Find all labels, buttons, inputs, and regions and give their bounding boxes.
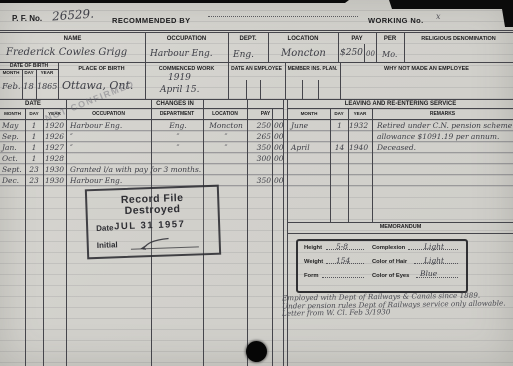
grid-line (288, 233, 513, 234)
svc-month: Dec. (2, 176, 24, 185)
memo-title: MEMORANDUM (288, 224, 513, 230)
destroyed-date-label: Date (96, 223, 114, 233)
svc-day: 23 (25, 165, 43, 174)
col-occupation: OCCUPATION (145, 36, 228, 42)
grid-line (260, 80, 261, 99)
col-svc-pay: PAY (247, 111, 284, 117)
recommended-by-line (208, 16, 358, 17)
leaving-row: April 14 1940 Deceased. (0, 143, 513, 154)
grid-line (318, 80, 319, 99)
note-line-3: Letter from W. Cl. Feb 3/1930 (282, 307, 391, 318)
col-lv-day: DAY (330, 111, 348, 116)
grid-line (0, 62, 513, 63)
recommended-by-label: RECOMMENDED BY (112, 16, 191, 25)
grid-line (0, 119, 513, 120)
commenced-year: 1919 (168, 73, 191, 83)
grid-line (0, 32, 513, 33)
col-lv-remarks: REMARKS (372, 111, 513, 117)
employee-name: Frederick Cowles Grigg (6, 47, 127, 58)
grid-line (364, 44, 365, 62)
destroyed-date-value: JUL 31 1957 (114, 219, 186, 232)
birth-month: Feb. (2, 82, 21, 92)
svc-occupation: Harbour Eng. (70, 176, 122, 185)
svc-year: 1928 (43, 154, 66, 163)
col-birth-month: MONTH (0, 70, 22, 75)
svc-month: Oct. (2, 154, 24, 163)
lv-year: 1932 (349, 121, 372, 130)
dotted-line (322, 277, 364, 278)
lv-day: 14 (331, 143, 348, 152)
col-birth-day: DAY (22, 70, 36, 75)
lv-year: 1940 (349, 143, 372, 152)
svc-occupation: Granted l/a with pay for 3 months. (70, 165, 201, 174)
hair-label: Color of Hair (372, 259, 407, 265)
employee-per: Mo. (382, 50, 397, 59)
employee-dept: Eng. (233, 50, 254, 60)
svc-year: 1930 (43, 176, 66, 185)
leaving-row: allowance $1091.19 per annum. (0, 132, 513, 143)
svc-day: 1 (25, 154, 43, 163)
height-label: Height (304, 245, 322, 251)
memo-box: Height 5-8 Complexion Light Weight 154 C… (296, 239, 468, 293)
commenced-date: April 15. (160, 85, 200, 95)
record-card: P. F. No. 26529. RECOMMENDED BY WORKING … (0, 0, 513, 366)
col-religion: RELIGIOUS DENOMINATION (404, 36, 513, 42)
col-date-an-employee: DATE AN EMPLOYEE (228, 66, 285, 72)
col-date-group: DATE (0, 101, 66, 107)
leaving-row: June 1 1932 Retired under C.N. pension s… (0, 121, 513, 132)
birth-day: 18 (23, 82, 34, 92)
col-location: LOCATION (268, 36, 338, 42)
pf-number-value: 26529. (52, 7, 95, 24)
col-why-not-employee: WHY NOT MADE AN EMPLOYEE (340, 66, 513, 72)
employee-pay-cents: 00 (366, 50, 375, 58)
hair-value: Light (424, 256, 444, 265)
col-commenced-work: COMMENCED WORK (145, 66, 228, 72)
employee-pay: $250 (340, 48, 363, 58)
col-svc-month: MONTH (0, 111, 25, 116)
col-svc-location: LOCATION (203, 111, 247, 117)
svc-day: 23 (25, 176, 43, 185)
initial-mark-icon (139, 236, 173, 251)
record-destroyed-stamp: Record File Destroyed Date JUL 31 1957 I… (85, 185, 221, 260)
lv-day: 1 (331, 121, 348, 130)
complexion-value: Light (424, 242, 444, 251)
col-svc-day: DAY (25, 111, 43, 116)
lv-remarks: allowance $1091.19 per annum. (377, 132, 499, 141)
col-per: PER (376, 36, 404, 42)
col-lv-month: MONTH (288, 111, 330, 116)
svc-pay-cents: 00 (274, 176, 284, 185)
col-name: NAME (0, 36, 145, 42)
grid-line (288, 222, 513, 223)
svc-pay: 300 (247, 154, 271, 163)
svc-pay-cents: 00 (274, 154, 284, 163)
weight-value: 154 (336, 256, 350, 265)
height-value: 5-8 (336, 242, 348, 251)
lv-remarks: Retired under C.N. pension scheme (377, 121, 512, 130)
grid-line (246, 80, 247, 99)
scanned-record-card: P. F. No. 26529. RECOMMENDED BY WORKING … (0, 0, 513, 366)
eyes-value: Blue (420, 269, 437, 278)
working-no-label: WORKING No. (368, 16, 424, 25)
lv-remarks: Deceased. (377, 143, 416, 152)
col-svc-occupation: OCCUPATION (66, 111, 151, 117)
col-pay: PAY (338, 36, 376, 42)
col-svc-department: DEPARTMENT (151, 111, 203, 117)
grid-line (302, 80, 303, 99)
employee-location: Moncton (281, 48, 326, 59)
col-birth-year: YEAR (36, 70, 58, 75)
service-row: Sept. 23 1930 Granted l/a with pay for 3… (0, 165, 513, 176)
pf-number-label: P. F. No. (12, 14, 42, 23)
col-leaving-service: LEAVING AND RE-ENTERING SERVICE (288, 101, 513, 107)
col-dept: DEPT. (228, 36, 268, 42)
svc-pay: 350 (247, 176, 271, 185)
svc-month: Sept. (2, 165, 24, 174)
birth-year: 1865 (37, 82, 57, 91)
employee-occupation: Harbour Eng. (150, 49, 213, 59)
weight-label: Weight (304, 259, 323, 265)
corner-pen-mark: x (436, 12, 441, 21)
punch-hole (246, 341, 267, 362)
col-place-of-birth: PLACE OF BIRTH (58, 66, 145, 72)
grid-line (0, 30, 513, 31)
svc-year: 1930 (43, 165, 66, 174)
col-date-of-birth: DATE OF BIRTH (0, 63, 58, 69)
col-lv-year: YEAR (348, 111, 372, 116)
service-row: Dec. 23 1930 Harbour Eng. 350 00 (0, 176, 513, 187)
lv-month: April (291, 143, 331, 152)
lv-month: June (291, 121, 331, 130)
eyes-label: Color of Eyes (372, 273, 409, 279)
complexion-label: Complexion (372, 245, 405, 251)
service-row: Oct. 1 1928 300 00 (0, 154, 513, 165)
grid-line (288, 108, 513, 109)
destroyed-initial-label: Initial (97, 240, 118, 250)
col-member-ins: MEMBER INS. PLAN. (285, 66, 340, 72)
form-label: Form (304, 273, 319, 279)
